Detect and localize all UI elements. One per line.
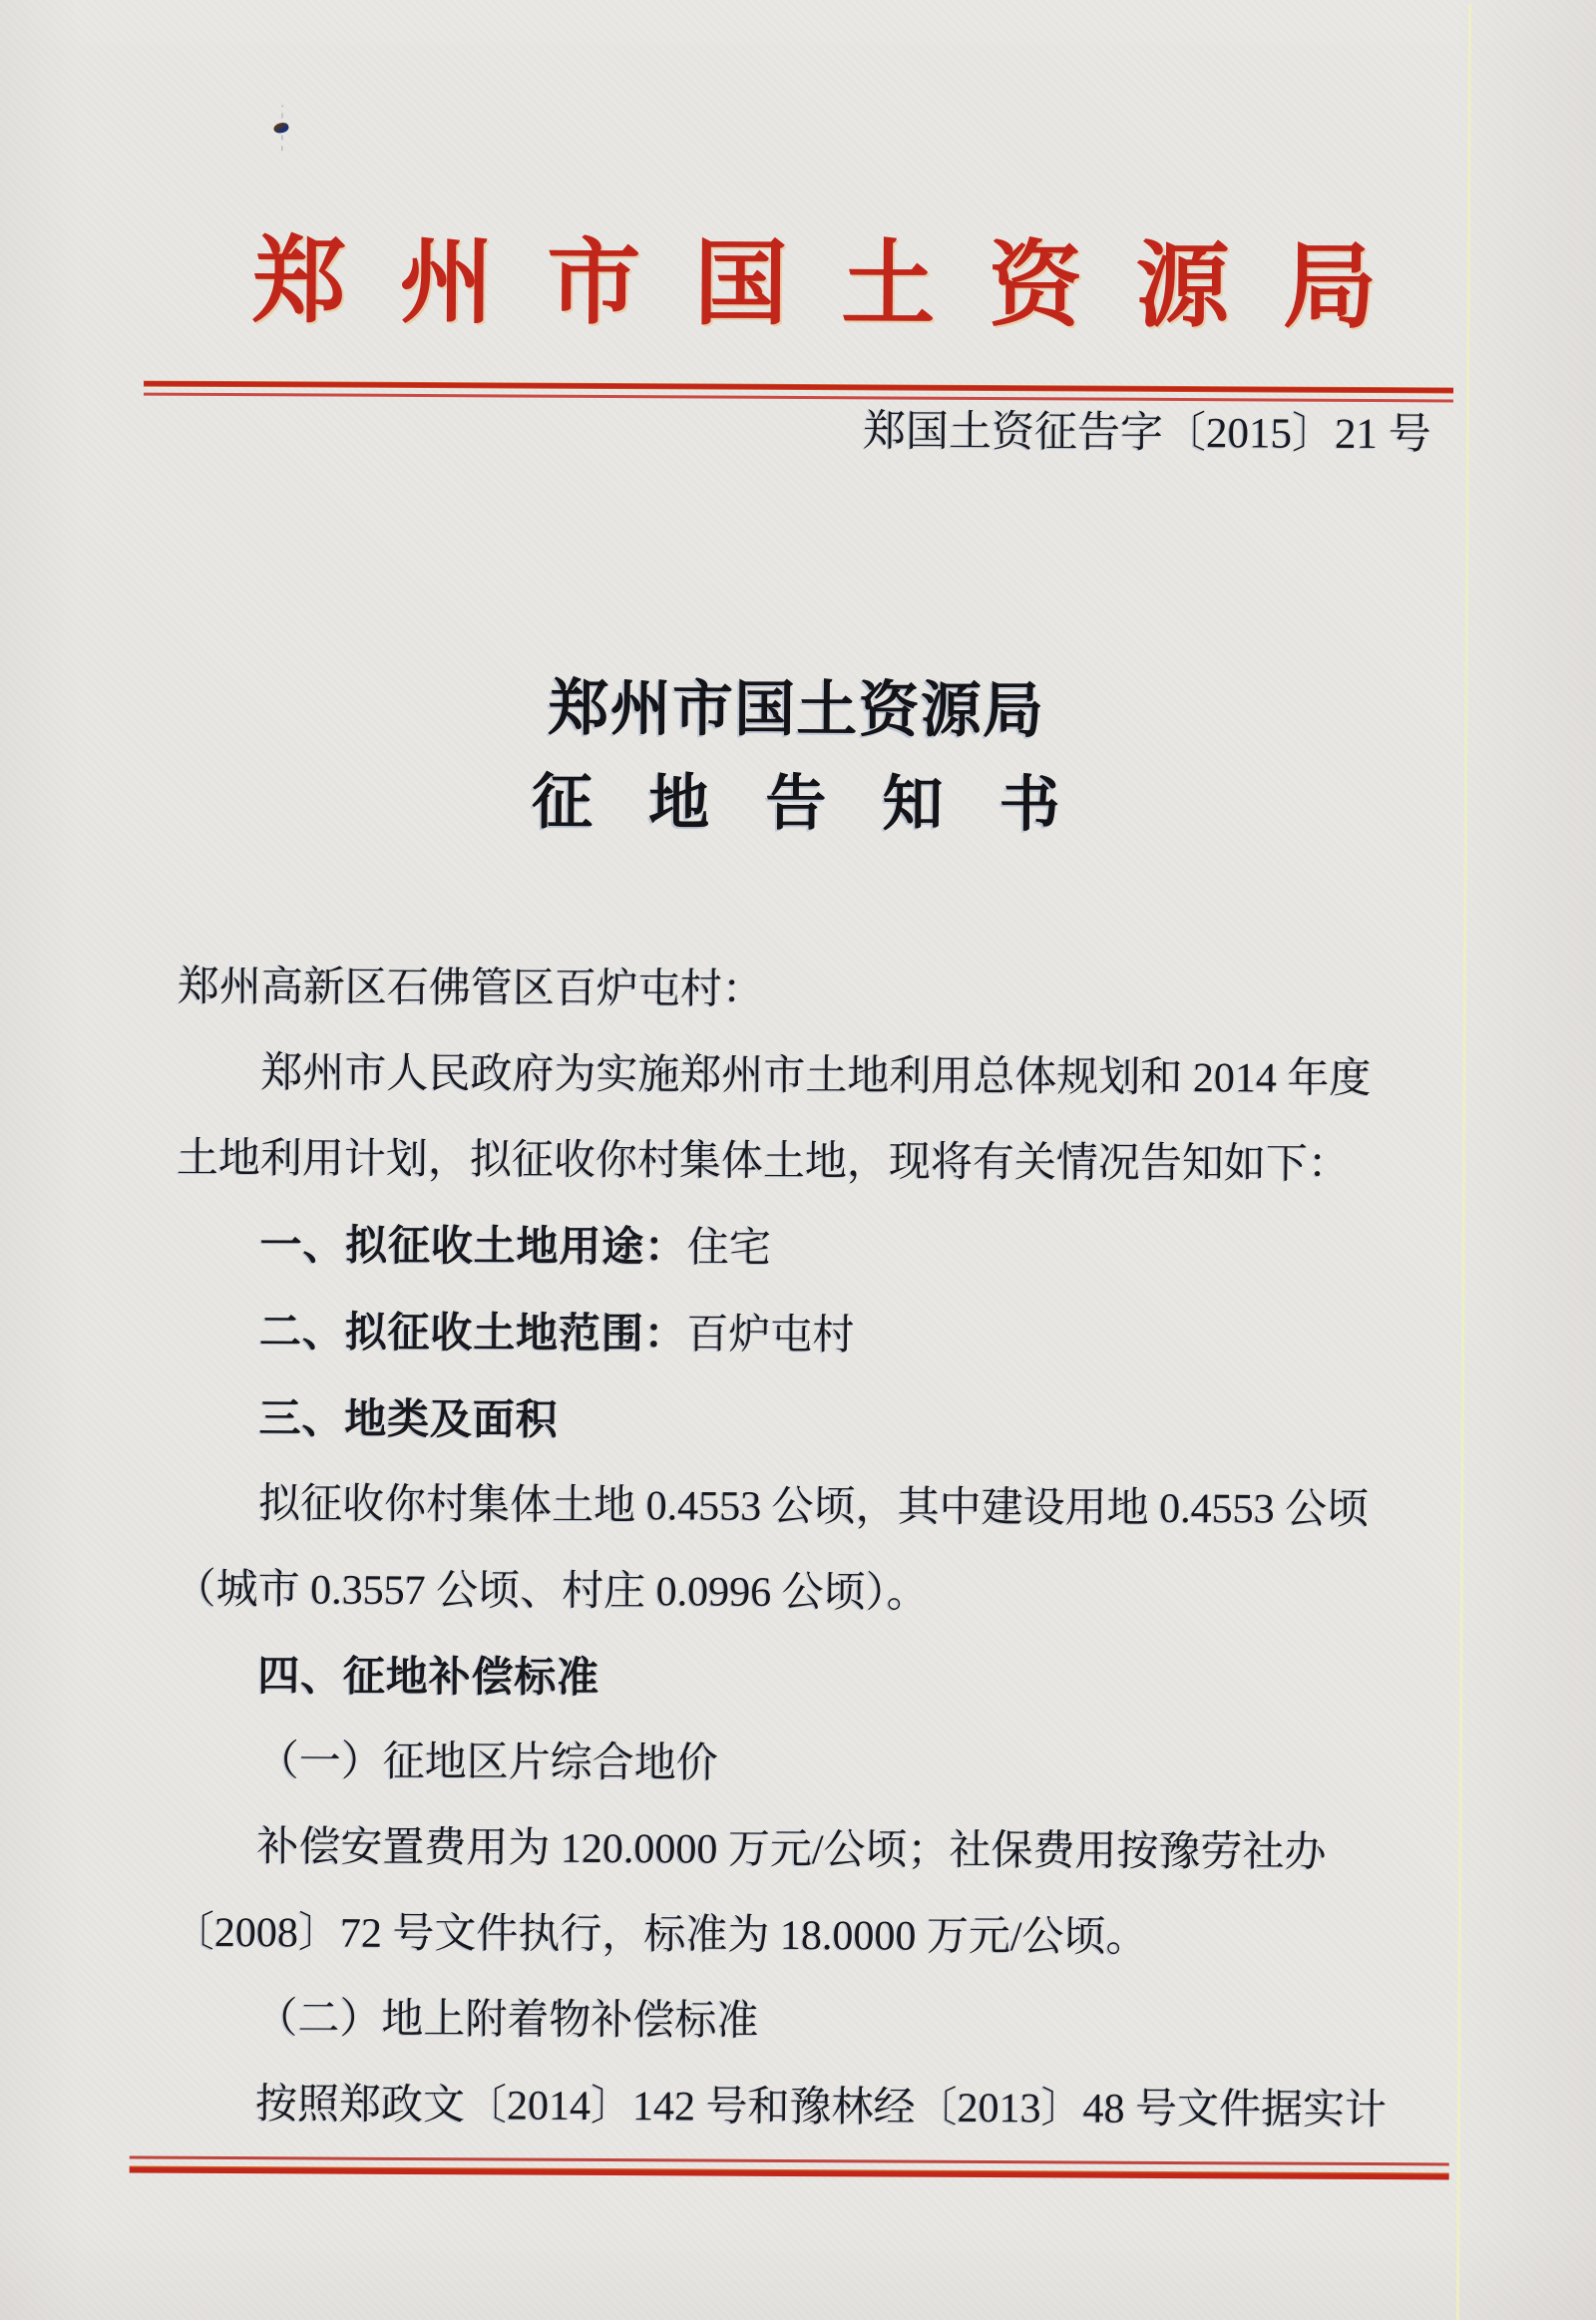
document-content: 郑州市国土资源局 郑国土资征告字〔2015〕21 号 郑州市国土资源局 征地告知…: [0, 0, 1596, 2320]
item-4-sub-1-heading: （一）征地区片综合地价: [174, 1719, 1550, 1811]
salutation-line: 郑州高新区石佛管区百炉屯村：: [178, 945, 1554, 1037]
intro-line-2: 土地利用计划，拟征收你村集体土地，现将有关情况告知如下：: [177, 1116, 1553, 1209]
item-4-sub-1-line-1: 补偿安置费用为 120.0000 万元/公顷；社保费用按豫劳社办: [173, 1804, 1549, 1897]
item-1-value: 住宅: [687, 1225, 771, 1271]
item-4-heading: 四、征地补偿标准: [174, 1633, 1550, 1726]
item-1-label: 一、拟征收土地用途：: [259, 1221, 687, 1270]
document-number: 郑国土资征告字〔2015〕21 号: [863, 408, 1431, 458]
item-4-sub-2-heading: （二）地上附着物补偿标准: [172, 1976, 1548, 2069]
scanned-document-page: 郑州市国土资源局 郑国土资征告字〔2015〕21 号 郑州市国土资源局 征地告知…: [0, 0, 1596, 2320]
item-1-land-use: 一、拟征收土地用途：住宅: [176, 1202, 1552, 1296]
item-4-sub-2-line-1: 按照郑政文〔2014〕142 号和豫林经〔2013〕48 号文件据实计: [172, 2062, 1548, 2154]
item-2-value: 百炉屯村: [686, 1312, 854, 1358]
intro-line-1: 郑州市人民政府为实施郑州市土地利用总体规划和 2014 年度: [177, 1030, 1553, 1123]
item-3-heading: 三、地类及面积: [175, 1375, 1551, 1468]
document-title-line2: 征地告知书: [0, 764, 1594, 846]
letterhead-rule-thick: [144, 381, 1453, 394]
document-title-line1: 郑州市国土资源局: [0, 670, 1595, 752]
item-2-land-scope: 二、拟征收土地范围：百炉屯村: [176, 1289, 1552, 1382]
item-2-label: 二、拟征收土地范围：: [259, 1308, 687, 1356]
footer-rule-thin: [130, 2156, 1449, 2166]
item-3-line-1: 拟征收你村集体土地 0.4553 公顷，其中建设用地 0.4553 公顷: [175, 1461, 1551, 1554]
ink-dot: [272, 122, 289, 135]
letterhead-rule-thin: [144, 393, 1453, 403]
item-3-line-2: （城市 0.3557 公顷、村庄 0.0996 公顷）。: [175, 1547, 1551, 1640]
letterhead-agency-name: 郑州市国土资源局: [16, 223, 1596, 349]
document-body: 郑州高新区石佛管区百炉屯村： 郑州市人民政府为实施郑州市土地利用总体规划和 20…: [172, 945, 1554, 2154]
item-4-sub-1-line-2: 〔2008〕72 号文件执行，标准为 18.0000 万元/公顷。: [173, 1890, 1549, 1983]
footer-rule-thick: [130, 2166, 1449, 2180]
